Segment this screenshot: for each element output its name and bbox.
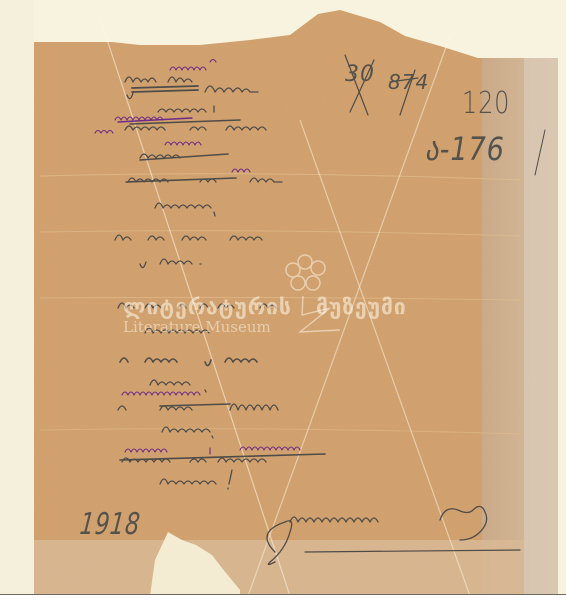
watermark-latin: Literature Museum bbox=[123, 318, 271, 336]
handwriting-line-9 bbox=[140, 259, 201, 268]
archive-number-crossed-2: 874 bbox=[388, 70, 429, 94]
signature bbox=[267, 506, 487, 564]
correction-5 bbox=[122, 392, 200, 395]
handwriting-line-13 bbox=[150, 380, 206, 392]
archive-number-1: 120 bbox=[462, 86, 510, 121]
handwriting-line-8 bbox=[115, 235, 262, 240]
handwriting-line-12 bbox=[120, 358, 257, 366]
handwriting-line-1 bbox=[125, 77, 192, 82]
archive-number-crossed-1: 30 bbox=[345, 62, 375, 87]
document-year: 1918 bbox=[78, 507, 142, 542]
correction-1 bbox=[170, 60, 216, 71]
archive-number-2: ა-176 bbox=[425, 130, 505, 168]
correction-4 bbox=[232, 169, 250, 172]
scan-bottom-edge bbox=[0, 594, 566, 600]
watermark-georgian-1: ლიტერატურის bbox=[123, 295, 292, 319]
handwriting-line-4 bbox=[125, 126, 266, 130]
signature-underline bbox=[305, 550, 520, 552]
correction-6 bbox=[125, 447, 300, 454]
handwriting-line-15 bbox=[162, 427, 213, 438]
handwriting-line-7 bbox=[155, 203, 215, 216]
watermark-georgian-2: მუზეუმი bbox=[316, 295, 407, 319]
correction-2 bbox=[95, 117, 163, 133]
manuscript-scan: 30 874 120 ა-176 1918 ლიტერატურის მუზეუმ… bbox=[0, 0, 566, 600]
handwriting-line-3 bbox=[158, 106, 214, 112]
handwriting-line-17 bbox=[160, 470, 232, 489]
correction-3 bbox=[165, 142, 201, 145]
